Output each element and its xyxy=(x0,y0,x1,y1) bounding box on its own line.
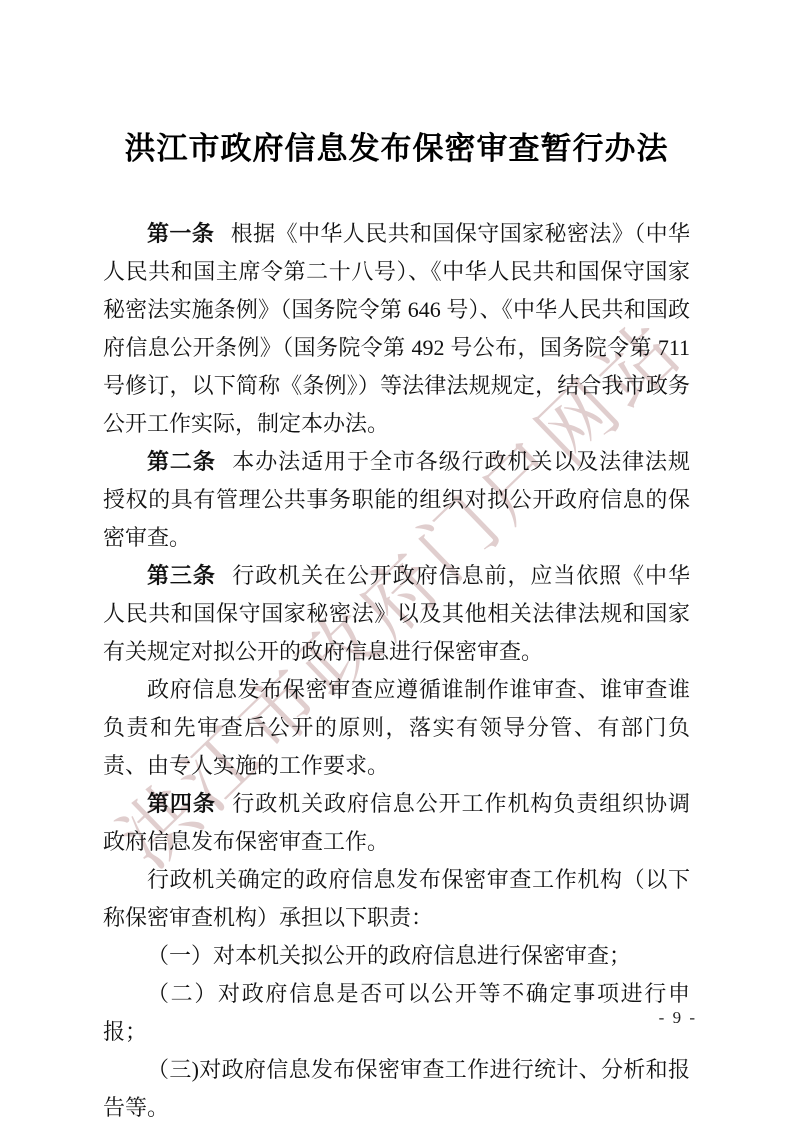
article-body: 第一条根据《中华人民共和国保守国家秘密法》（中华人民共和国主席令第二十八号）、《… xyxy=(103,215,690,1122)
article-term: 第二条 xyxy=(147,449,216,474)
article-text: 根据《中华人民共和国保守国家秘密法》（中华人民共和国主席令第二十八号）、《中华人… xyxy=(103,221,690,436)
article-term: 第三条 xyxy=(147,563,216,588)
article-paragraph: 第一条根据《中华人民共和国保守国家秘密法》（中华人民共和国主席令第二十八号）、《… xyxy=(103,215,690,443)
article-text: （一）对本机关拟公开的政府信息进行保密审查； xyxy=(147,943,631,968)
article-text: 政府信息发布保密审查应遵循谁制作谁审查、谁审查谁负责和先审查后公开的原则，落实有… xyxy=(103,677,690,778)
article-paragraph: 第二条本办法适用于全市各级行政机关以及法律法规授权的具有管理公共事务职能的组织对… xyxy=(103,443,690,557)
article-text: 行政机关确定的政府信息发布保密审查工作机构（以下称保密审查机构）承担以下职责： xyxy=(103,867,690,930)
article-term: 第一条 xyxy=(147,221,214,246)
article-paragraph: 第四条行政机关政府信息公开工作机构负责组织协调政府信息发布保密审查工作。 xyxy=(103,785,690,861)
article-paragraph: 第三条行政机关在公开政府信息前，应当依照《中华人民共和国保守国家秘密法》以及其他… xyxy=(103,557,690,671)
article-paragraph: （一）对本机关拟公开的政府信息进行保密审查； xyxy=(103,937,690,975)
document-page: 洪江市政府门户网站 洪江市政府信息发布保密审查暂行办法 第一条根据《中华人民共和… xyxy=(0,0,793,1122)
page-number: - 9 - xyxy=(659,1008,697,1028)
article-text: （三)对政府信息发布保密审查工作进行统计、分析和报告等。 xyxy=(103,1057,690,1120)
article-paragraph: 行政机关确定的政府信息发布保密审查工作机构（以下称保密审查机构）承担以下职责： xyxy=(103,861,690,937)
article-text: （二）对政府信息是否可以公开等不确定事项进行申报； xyxy=(103,981,690,1044)
article-paragraph: （三)对政府信息发布保密审查工作进行统计、分析和报告等。 xyxy=(103,1051,690,1122)
article-paragraph: （二）对政府信息是否可以公开等不确定事项进行申报； xyxy=(103,975,690,1051)
article-term: 第四条 xyxy=(147,791,216,816)
page-title: 洪江市政府信息发布保密审查暂行办法 xyxy=(60,131,733,167)
article-paragraph: 政府信息发布保密审查应遵循谁制作谁审查、谁审查谁负责和先审查后公开的原则，落实有… xyxy=(103,671,690,785)
